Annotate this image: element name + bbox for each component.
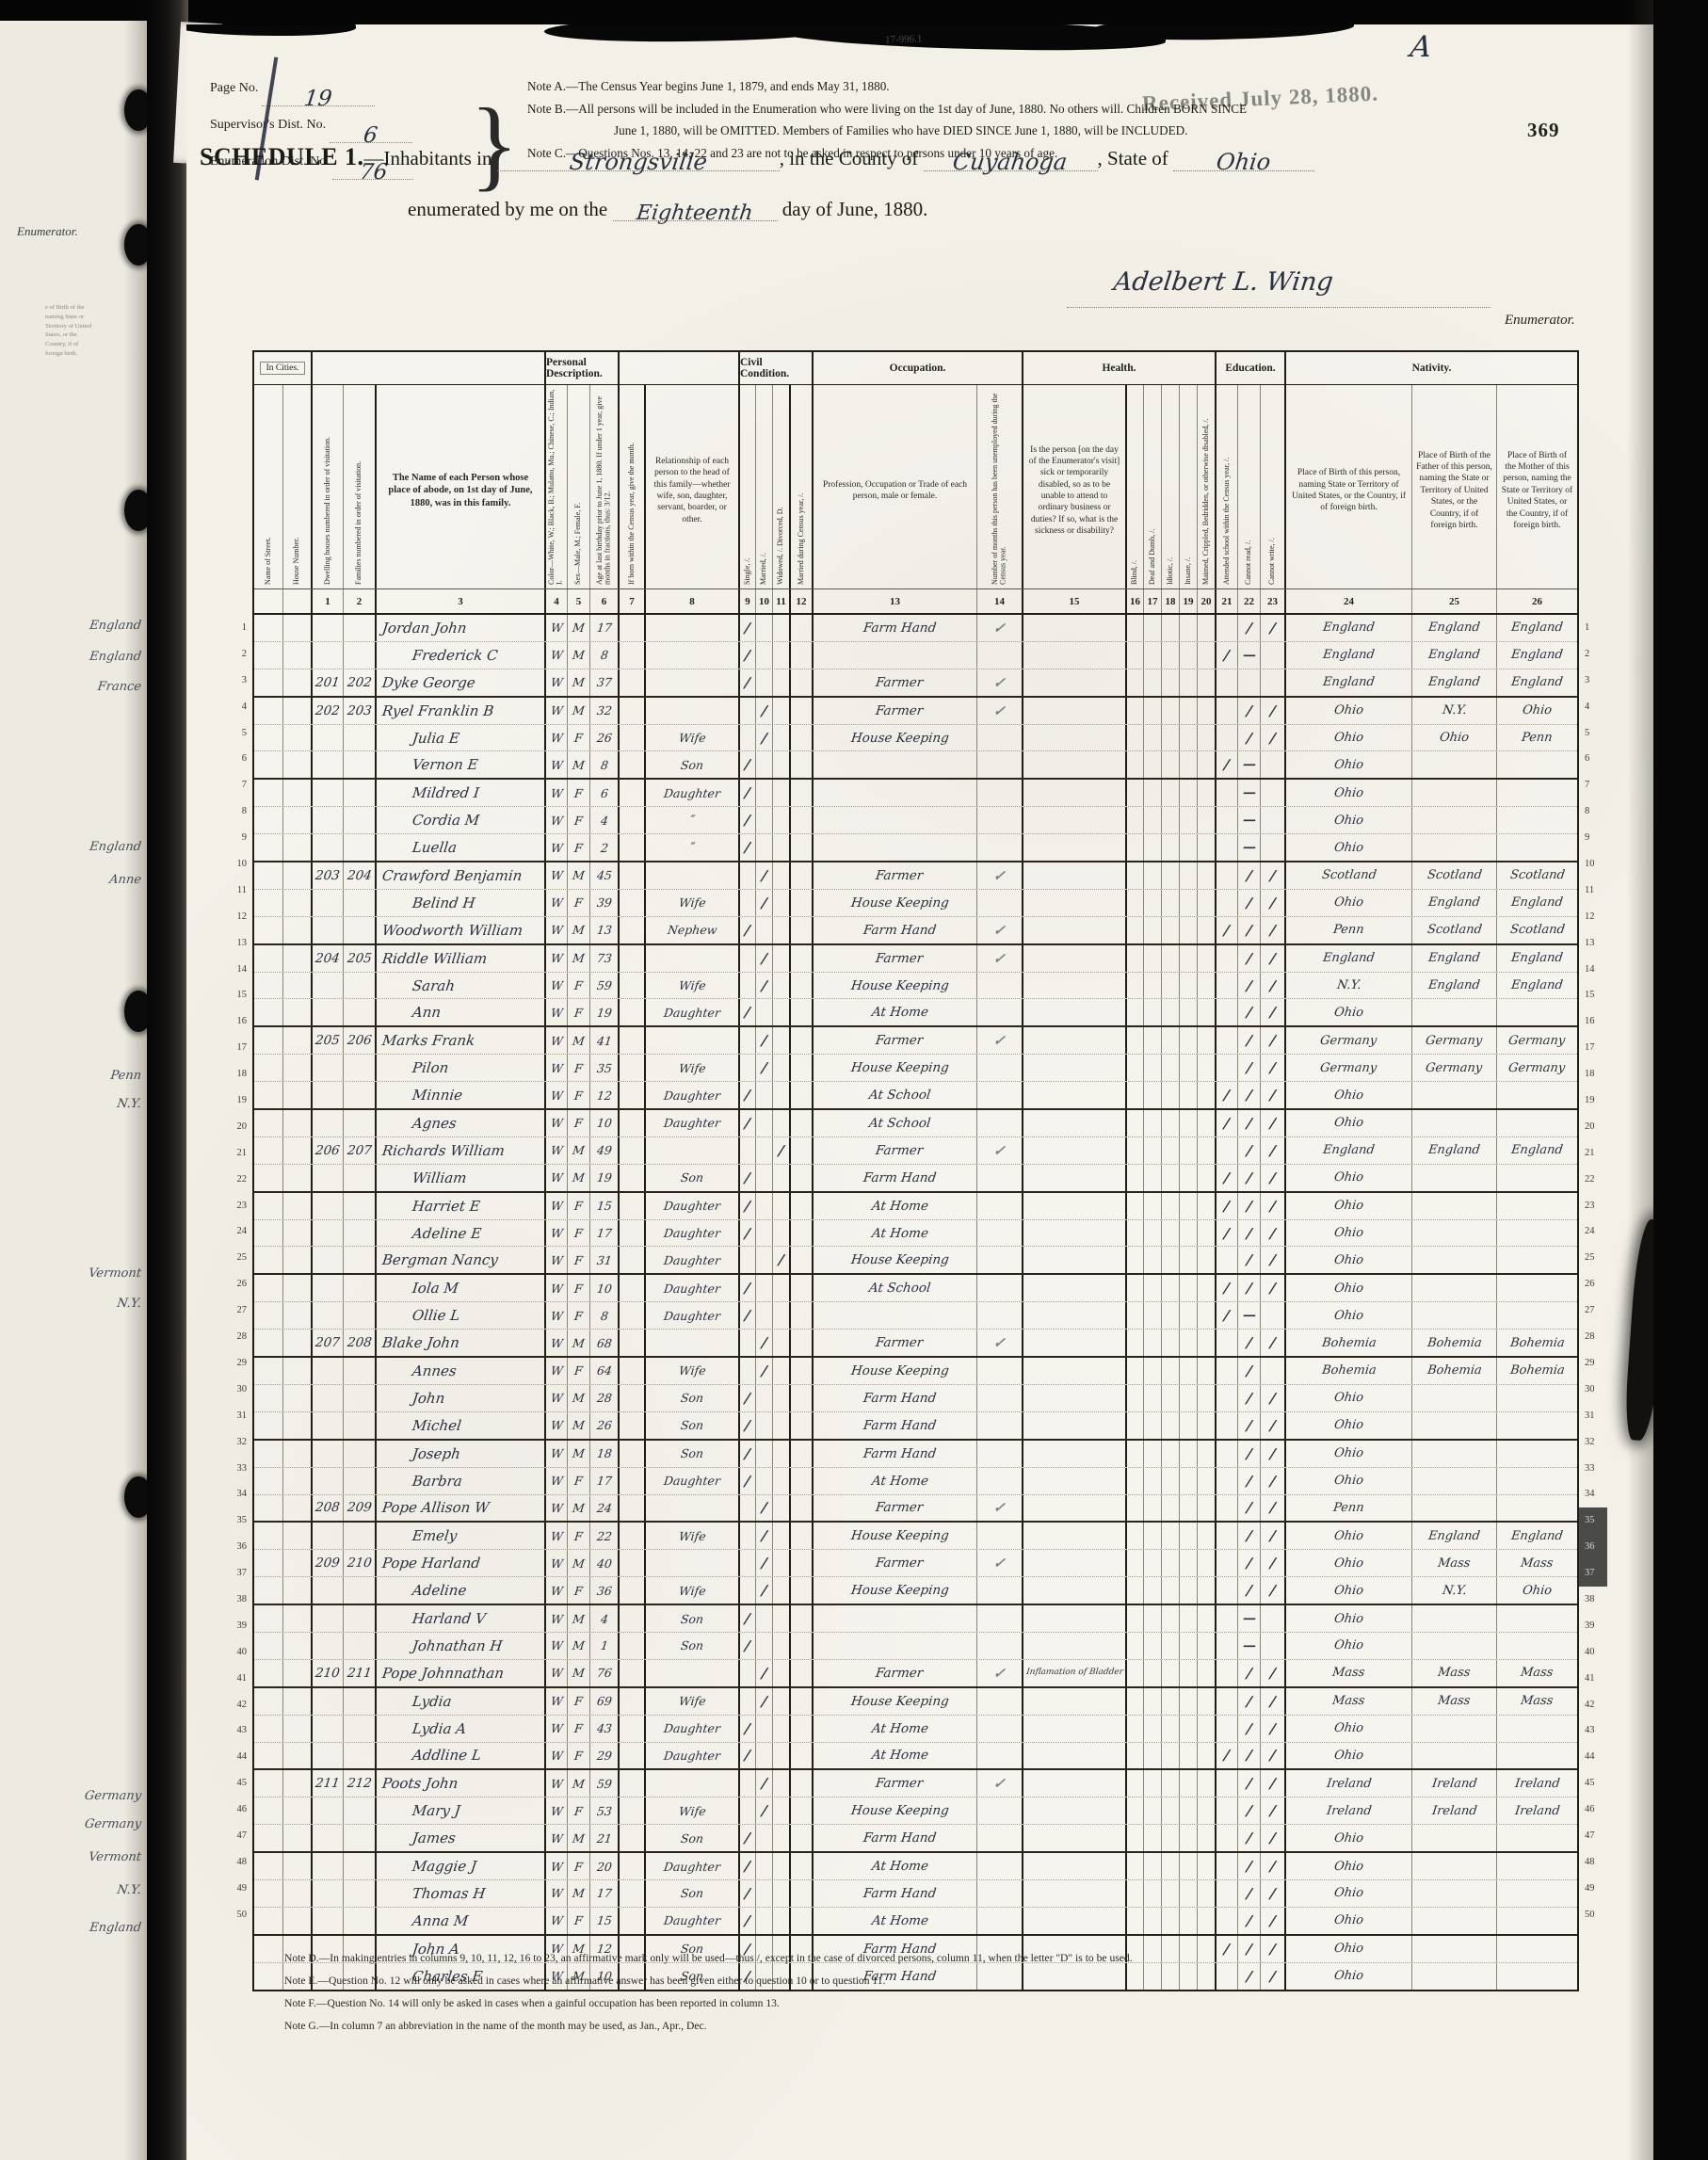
cell-birth-month (618, 1385, 644, 1411)
cell-idiotic (1161, 1302, 1179, 1329)
cell-blind (1125, 834, 1143, 861)
handwritten-entry: England (1510, 648, 1564, 662)
cell-street (254, 1688, 282, 1715)
handwritten-entry: 207 (314, 1335, 341, 1350)
cell-married-year-mark (789, 1605, 812, 1632)
handwritten-entry: Farmer (875, 675, 924, 690)
cell-sickness (1022, 945, 1125, 972)
handwritten-entry: / (744, 1115, 751, 1132)
colnum-deaf: 17 (1143, 589, 1161, 613)
handwritten-entry: Daughter (663, 1199, 721, 1213)
cell-cannot-write: / (1260, 1523, 1284, 1549)
cell-father-birthplace (1411, 1247, 1496, 1273)
footnotes: Note D.—In making entries in columns 9, … (284, 1947, 1461, 2038)
cell-cannot-write: / (1260, 999, 1284, 1025)
handwritten-entry: F (573, 1309, 584, 1323)
handwritten-entry: Wife (678, 1363, 706, 1378)
cell-mother-birthplace: Mass (1496, 1688, 1577, 1715)
row-number-left: 17 (224, 1035, 252, 1061)
cell-widowed-mark (772, 1385, 789, 1411)
handwritten-entry: Farm Hand (862, 1886, 937, 1901)
handwritten-entry: F (573, 1529, 584, 1543)
cell-widowed-mark (772, 1220, 789, 1247)
cell-sex: F (567, 1688, 589, 1715)
cell-family: 207 (343, 1137, 375, 1164)
cell-mother-birthplace: England (1496, 945, 1577, 972)
cell-house (282, 1468, 311, 1494)
cell-street (254, 1468, 282, 1494)
colnum-relationship: 8 (644, 589, 738, 613)
cell-single-mark: / (738, 1385, 755, 1411)
cell-mother-birthplace (1496, 1385, 1577, 1411)
cell-age: 13 (589, 917, 618, 943)
handwritten-entry: / (1269, 1032, 1277, 1049)
cell-family (343, 1220, 375, 1247)
cell-married-mark (755, 834, 772, 861)
row-number-left: 34 (224, 1481, 252, 1507)
cell-occupation: Farm Hand (812, 1825, 976, 1851)
cell-birthplace: Ohio (1284, 1220, 1411, 1247)
cell-married-year-mark (789, 1247, 812, 1273)
cell-mother-birthplace (1496, 1165, 1577, 1191)
cell-insane (1179, 1247, 1197, 1273)
handwritten-entry: / (744, 839, 751, 856)
cell-mother-birthplace (1496, 1825, 1577, 1851)
cell-name: Pope Allison W (375, 1495, 544, 1522)
colhead-attended-school: Attended school within the Census year, … (1215, 385, 1237, 588)
cell-birthplace: Ohio (1284, 698, 1411, 724)
cell-dwelling: 207 (311, 1330, 343, 1356)
cell-house (282, 1302, 311, 1329)
cell-widowed-mark (772, 669, 789, 696)
handwritten-entry: F (573, 1860, 584, 1874)
handwritten-entry: Iola M (411, 1280, 459, 1297)
handwritten-entry: / (744, 1445, 751, 1462)
cell-widowed-mark (772, 1275, 789, 1301)
cell-dwelling (311, 999, 343, 1025)
handwritten-entry: Ann (411, 1004, 442, 1021)
cell-attended-school (1215, 1908, 1237, 1934)
cell-birth-month (618, 1908, 644, 1934)
handwritten-entry: / (1269, 1280, 1277, 1297)
cell-cannot-read: — (1237, 807, 1260, 833)
cell-married-year-mark (789, 725, 812, 751)
cell-single-mark: / (738, 1716, 755, 1742)
colhead-label-widowed-mark: Widowed, /. Divorced, D. (776, 385, 786, 588)
table-row: 206207Richards WilliamWM49/Farmer✓//Engl… (254, 1137, 1577, 1165)
cell-attended-school: / (1215, 642, 1237, 669)
row-number-right: 40 (1579, 1639, 1607, 1666)
handwritten-entry: Ohio (1333, 1391, 1364, 1405)
handwritten-entry: / (1269, 977, 1277, 994)
cell-relationship: Daughter (644, 1468, 738, 1494)
cell-house (282, 698, 311, 724)
handwritten-entry: House Keeping (850, 1252, 950, 1267)
cell-street (254, 1853, 282, 1879)
row-number-right: 18 (1579, 1061, 1607, 1088)
cell-street (254, 834, 282, 861)
cell-sickness (1022, 973, 1125, 999)
cell-widowed-mark (772, 1441, 789, 1467)
cell-street (254, 1523, 282, 1549)
cell-sex: F (567, 1110, 589, 1136)
cell-insane (1179, 1027, 1197, 1054)
handwritten-entry: / (1246, 922, 1253, 939)
row-number-right: 34 (1579, 1481, 1607, 1507)
cell-birth-month (618, 1633, 644, 1659)
cell-name: William (375, 1165, 544, 1191)
colhead-sickness: Is the person [on the day of the Enumera… (1022, 385, 1125, 588)
handwritten-entry: England (1510, 675, 1564, 689)
row-number-left: 14 (224, 957, 252, 983)
handwritten-entry: W (550, 1116, 564, 1130)
handwritten-entry: / (1269, 1169, 1277, 1186)
cell-family (343, 1193, 375, 1219)
row-number-right: 1 (1579, 615, 1607, 641)
colgroup-health-: Health. (1022, 352, 1215, 384)
colhead-label-single-mark: Single, /. (743, 385, 753, 588)
row-number-left: 37 (224, 1560, 252, 1587)
cell-married-mark (755, 1137, 772, 1164)
handwritten-entry: / (761, 1032, 768, 1049)
handwritten-entry: F (573, 1281, 584, 1296)
colhead-label-attended-school: Attended school within the Census year, … (1222, 385, 1233, 588)
cell-street (254, 1577, 282, 1604)
cell-name: Richards William (375, 1137, 544, 1164)
handwritten-entry: / (744, 1225, 751, 1242)
cell-father-birthplace (1411, 807, 1496, 833)
row-number-right: 12 (1579, 904, 1607, 930)
row-number-left: 6 (224, 746, 252, 772)
cell-street (254, 917, 282, 943)
handwritten-entry: / (778, 1142, 785, 1159)
cell-deaf (1143, 1358, 1161, 1384)
cell-widowed-mark (772, 1797, 789, 1824)
cell-dwelling (311, 1275, 343, 1301)
cell-cannot-read: / (1237, 862, 1260, 889)
cell-sex: M (567, 1441, 589, 1467)
handwritten-entry: At School (868, 1088, 931, 1103)
cell-name: Lydia (375, 1688, 544, 1715)
cell-sickness (1022, 1193, 1125, 1219)
cell-single-mark: / (738, 1441, 755, 1467)
cell-father-birthplace (1411, 1385, 1496, 1411)
colhead-sex: Sex—Male, M.; Female, F. (567, 385, 589, 588)
cell-unemployed-months (976, 1055, 1022, 1081)
handwritten-entry: Scotland (1509, 868, 1566, 882)
cell-married-mark (755, 1275, 772, 1301)
handwritten-entry: House Keeping (850, 895, 950, 911)
cell-sickness (1022, 1908, 1125, 1934)
handwritten-entry: — (1242, 840, 1257, 855)
cell-occupation (812, 1605, 976, 1632)
handwritten-entry: W (550, 1446, 564, 1460)
handwritten-entry: 8 (600, 758, 609, 772)
cell-married-mark (755, 999, 772, 1025)
cell-birth-month (618, 1247, 644, 1273)
cell-widowed-mark (772, 1633, 789, 1659)
cell-dwelling (311, 751, 343, 778)
handwritten-entry: Ohio (1333, 1199, 1364, 1213)
cell-street (254, 1550, 282, 1576)
handwritten-entry: House Keeping (850, 1583, 950, 1598)
cell-house (282, 1055, 311, 1081)
cell-age: 28 (589, 1385, 618, 1411)
table-row: MichelWM26Son/Farm Hand//Ohio (254, 1412, 1577, 1441)
cell-blind (1125, 1495, 1143, 1522)
cell-disabled (1197, 1468, 1215, 1494)
row-number-left: 47 (224, 1823, 252, 1849)
cell-deaf (1143, 698, 1161, 724)
handwritten-entry: / (1269, 730, 1277, 747)
cell-insane (1179, 945, 1197, 972)
cell-widowed-mark (772, 1055, 789, 1081)
cell-family (343, 807, 375, 833)
handwritten-entry: France (0, 680, 142, 694)
cell-birth-month (618, 615, 644, 641)
cell-cannot-write (1260, 1605, 1284, 1632)
cell-deaf (1143, 1441, 1161, 1467)
row-number-right: 35 (1579, 1507, 1607, 1534)
cell-married-year-mark (789, 1716, 812, 1742)
handwritten-entry: Crawford Benjamin (381, 867, 524, 884)
handwritten-entry: F (573, 1694, 584, 1708)
cell-family (343, 999, 375, 1025)
handwritten-entry: Ohio (1333, 1831, 1364, 1846)
cell-cannot-write: / (1260, 1275, 1284, 1301)
cell-birthplace: Germany (1284, 1027, 1411, 1054)
handwritten-entry: England (1427, 978, 1481, 992)
handwritten-entry: England (1322, 1143, 1376, 1157)
cell-age: 2 (589, 834, 618, 861)
handwritten-entry: Ohio (1439, 731, 1470, 745)
cell-blind (1125, 1605, 1143, 1632)
cell-widowed-mark (772, 890, 789, 916)
cell-married-mark: / (755, 1055, 772, 1081)
handwritten-entry: Ohio (1333, 731, 1364, 745)
cell-mother-birthplace: England (1496, 890, 1577, 916)
cell-single-mark (738, 1660, 755, 1686)
handwritten-entry: / (1269, 867, 1277, 884)
handwritten-entry: England (1510, 895, 1564, 910)
cell-father-birthplace (1411, 1082, 1496, 1108)
handwritten-entry: F (573, 895, 584, 910)
handwritten-entry: 28 (596, 1391, 613, 1405)
cell-idiotic (1161, 1605, 1179, 1632)
cell-disabled (1197, 1880, 1215, 1907)
cell-sickness (1022, 834, 1125, 861)
cell-occupation: Farmer (812, 1027, 976, 1054)
cell-disabled (1197, 1605, 1215, 1632)
table-row: LuellaWF2″/—Ohio (254, 834, 1577, 862)
cell-mother-birthplace: Ireland (1496, 1797, 1577, 1824)
cell-family: 205 (343, 945, 375, 972)
cell-deaf (1143, 1688, 1161, 1715)
handwritten-entry: Daughter (663, 1226, 721, 1240)
cell-dwelling (311, 1825, 343, 1851)
cell-color: W (544, 917, 567, 943)
group-label: In Cities. (260, 362, 306, 375)
cell-house (282, 669, 311, 696)
handwritten-entry: England (1510, 978, 1564, 992)
cell-single-mark (738, 1247, 755, 1273)
handwritten-entry: Wife (678, 1694, 706, 1708)
cell-color: W (544, 669, 567, 696)
handwritten-entry: W (550, 1529, 564, 1543)
cell-age: 1 (589, 1633, 618, 1659)
cell-mother-birthplace (1496, 1963, 1577, 1990)
cell-single-mark (738, 1770, 755, 1797)
row-number-left: 33 (224, 1456, 252, 1482)
cell-single-mark: / (738, 1880, 755, 1907)
cell-dwelling (311, 1797, 343, 1824)
cell-married-year-mark (789, 945, 812, 972)
cell-married-year-mark (789, 1137, 812, 1164)
cell-family: 206 (343, 1027, 375, 1054)
cell-attended-school (1215, 945, 1237, 972)
cell-sickness (1022, 1247, 1125, 1273)
cell-relationship: Daughter (644, 1275, 738, 1301)
cell-attended-school (1215, 1027, 1237, 1054)
cell-disabled (1197, 834, 1215, 861)
handwritten-entry: Farmer (875, 868, 924, 883)
handwritten-entry: M (572, 1336, 586, 1350)
handwritten-entry: Daughter (663, 1860, 721, 1874)
row-number-right: 38 (1579, 1587, 1607, 1613)
table-row: JosephWM18Son/Farm Hand//Ohio (254, 1441, 1577, 1468)
cell-street (254, 1633, 282, 1659)
binding-hole (124, 991, 149, 1032)
cell-married-year-mark (789, 1358, 812, 1384)
cell-dwelling (311, 917, 343, 943)
cell-birthplace: Ohio (1284, 1441, 1411, 1467)
handwritten-entry: M (572, 1612, 586, 1626)
cell-father-birthplace (1411, 1220, 1496, 1247)
cell-sex: M (567, 945, 589, 972)
cell-insane (1179, 1385, 1197, 1411)
handwritten-entry: / (761, 1555, 768, 1572)
handwritten-entry: / (1223, 1115, 1231, 1132)
cell-disabled (1197, 1660, 1215, 1686)
row-number-left: 28 (224, 1324, 252, 1350)
cell-married-year-mark (789, 669, 812, 696)
cell-name: Marks Frank (375, 1027, 544, 1054)
cell-single-mark: / (738, 999, 755, 1025)
cell-unemployed-months (976, 1220, 1022, 1247)
cell-attended-school (1215, 1577, 1237, 1604)
cell-street (254, 1385, 282, 1411)
handwritten-entry: F (573, 1363, 584, 1378)
table-row: PilonWF35Wife/House Keeping//GermanyGerm… (254, 1055, 1577, 1082)
cell-deaf (1143, 1165, 1161, 1191)
cell-street (254, 1825, 282, 1851)
row-numbers-left: 1234567891011121314151617181920212223242… (224, 615, 252, 1991)
cell-insane (1179, 1495, 1197, 1522)
colgroup-blank (618, 352, 738, 384)
cell-idiotic (1161, 807, 1179, 833)
handwritten-entry: / (761, 1665, 768, 1682)
cell-birth-month (618, 642, 644, 669)
cell-color: W (544, 751, 567, 778)
cell-attended-school (1215, 999, 1237, 1025)
handwritten-entry: 4 (600, 1612, 609, 1626)
cell-color: W (544, 1275, 567, 1301)
county-value: Cuyahoga (952, 149, 1070, 175)
handwritten-entry: / (761, 702, 768, 719)
cell-insane (1179, 890, 1197, 916)
cell-birth-month (618, 862, 644, 889)
cell-name: Blake John (375, 1330, 544, 1356)
cell-idiotic (1161, 1247, 1179, 1273)
cell-insane (1179, 1880, 1197, 1907)
handwritten-entry: / (1246, 1417, 1253, 1434)
cell-family: 203 (343, 698, 375, 724)
handwritten-entry: / (1246, 1142, 1253, 1159)
cell-sex: M (567, 1770, 589, 1797)
handwritten-entry: Woodworth William (381, 922, 524, 939)
cell-married-mark (755, 1880, 772, 1907)
handwritten-entry: W (550, 1226, 564, 1240)
cell-blind (1125, 890, 1143, 916)
cell-married-mark (755, 1605, 772, 1632)
cell-unemployed-months (976, 780, 1022, 806)
cell-married-year-mark (789, 1055, 812, 1081)
handwritten-entry: England (1427, 675, 1481, 689)
cell-birth-month (618, 1550, 644, 1576)
handwritten-entry: Mass (1520, 1666, 1554, 1680)
colhead-married-mark: Married, /. (755, 385, 772, 588)
cell-disabled (1197, 1055, 1215, 1081)
cell-disabled (1197, 1247, 1215, 1273)
cell-widowed-mark (772, 1853, 789, 1879)
cell-family (343, 1275, 375, 1301)
cell-sickness (1022, 1743, 1125, 1769)
cell-blind (1125, 1137, 1143, 1164)
cell-deaf (1143, 890, 1161, 916)
binding-gutter (147, 0, 188, 2160)
handwritten-entry: 40 (596, 1556, 613, 1571)
handwritten-entry: / (744, 784, 751, 801)
cell-birth-month (618, 1825, 644, 1851)
handwritten-entry: Vernon E (411, 756, 479, 773)
cell-deaf (1143, 1302, 1161, 1329)
cell-cannot-write (1260, 807, 1284, 833)
cell-mother-birthplace (1496, 780, 1577, 806)
handwritten-entry: House Keeping (850, 1803, 950, 1818)
cell-married-mark: / (755, 1577, 772, 1604)
cell-family (343, 1577, 375, 1604)
handwritten-entry: Penn (1332, 1501, 1364, 1515)
handwritten-entry: ✓ (992, 702, 1007, 719)
handwritten-entry: W (550, 1886, 564, 1900)
cell-widowed-mark (772, 1523, 789, 1549)
handwritten-entry: / (1246, 1720, 1253, 1737)
cell-color: W (544, 642, 567, 669)
footnote: Note D.—In making entries in columns 9, … (284, 1947, 1461, 1970)
cell-idiotic (1161, 1660, 1179, 1686)
cell-name: John (375, 1385, 544, 1411)
cell-street (254, 1055, 282, 1081)
cell-mother-birthplace: Mass (1496, 1660, 1577, 1686)
colhead-label-house: House Number. (292, 385, 302, 588)
cell-cannot-write: / (1260, 1743, 1284, 1769)
handwritten-entry: / (1269, 922, 1277, 939)
cell-disabled (1197, 1716, 1215, 1742)
colhead-cannot-write: Cannot write, /. (1260, 385, 1284, 588)
cell-married-mark: / (755, 1495, 772, 1522)
handwritten-entry: Farm Hand (862, 621, 937, 636)
handwritten-entry: 26 (596, 731, 613, 745)
